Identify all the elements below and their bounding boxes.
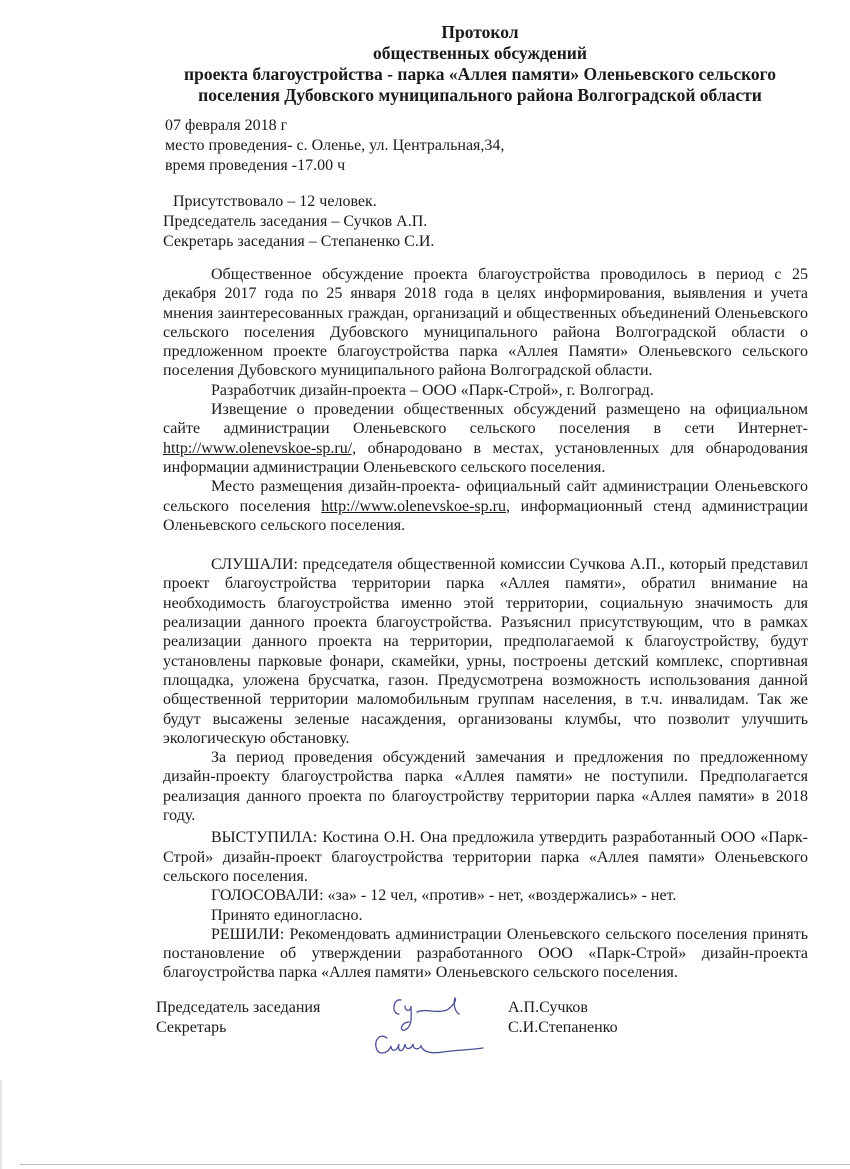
attendance-block: Присутствовало – 12 человек. Председател… — [163, 192, 434, 252]
title-line-1: Протокол — [150, 22, 810, 43]
secretary-role: Секретарь — [156, 1018, 320, 1038]
secretary-name: С.И.Степаненко — [508, 1018, 618, 1038]
secretary-line: Секретарь заседания – Степаненко С.И. — [163, 232, 434, 252]
attendance-count: Присутствовало – 12 человек. — [163, 192, 434, 212]
paragraph-spoke: ВЫСТУПИЛА: Костина О.Н. Она предложила у… — [163, 828, 808, 886]
paragraph-notice: Извещение о проведении общественных обсу… — [163, 400, 808, 477]
title-line-2: общественных обсуждений — [150, 43, 810, 64]
document-title: Протокол общественных обсуждений проекта… — [150, 22, 810, 106]
chair-line: Председатель заседания – Сучков А.П. — [163, 212, 434, 232]
protocol-body: Общественное обсуждение проекта благоуст… — [163, 265, 808, 983]
signature-roles: Председатель заседания Секретарь — [156, 998, 320, 1038]
scan-bottom-edge — [20, 1164, 850, 1165]
site-link-2[interactable]: http://www.olenevskoe-sp.ru — [321, 498, 506, 515]
paragraph-developer: Разработчик дизайн-проекта – ООО «Парк-С… — [163, 381, 808, 400]
meeting-place: место проведения- с. Оленье, ул. Централ… — [165, 136, 504, 156]
scan-edge — [0, 1080, 2, 1169]
signature-block: Председатель заседания Секретарь А.П.Суч… — [156, 998, 656, 1078]
meeting-time: время проведения -17.00 ч — [165, 156, 504, 176]
paragraph-decided: РЕШИЛИ: Рекомендовать администрации Олен… — [163, 925, 808, 983]
paragraph-no-remarks: За период проведения обсуждений замечани… — [163, 748, 808, 825]
meeting-date: 07 февраля 2018 г — [165, 116, 504, 136]
paragraph-voted: ГОЛОСОВАЛИ: «за» - 12 чел, «против» - не… — [163, 886, 808, 905]
chair-name: А.П.Сучков — [508, 998, 618, 1018]
paragraph-discussion-period: Общественное обсуждение проекта благоуст… — [163, 265, 808, 381]
title-line-4: поселения Дубовского муниципального райо… — [150, 85, 810, 106]
paragraph-placement: Место размещения дизайн-проекта- официал… — [163, 477, 808, 535]
meeting-meta: 07 февраля 2018 г место проведения- с. О… — [165, 116, 504, 176]
notice-text: Извещение о проведении общественных обсу… — [163, 401, 808, 437]
document-page: Протокол общественных обсуждений проекта… — [0, 0, 850, 1169]
paragraph-heard: СЛУШАЛИ: председателя общественной комис… — [163, 555, 808, 748]
chair-role: Председатель заседания — [156, 998, 320, 1018]
site-link-1[interactable]: http://www.olenevskoe-sp.ru/, — [163, 440, 356, 457]
title-line-3: проекта благоустройства - парка «Аллея п… — [150, 64, 810, 85]
signature-names: А.П.Сучков С.И.Степаненко — [508, 998, 618, 1038]
paragraph-unanimous: Принято единогласно. — [163, 906, 808, 925]
handwritten-signature-icon — [361, 992, 491, 1072]
